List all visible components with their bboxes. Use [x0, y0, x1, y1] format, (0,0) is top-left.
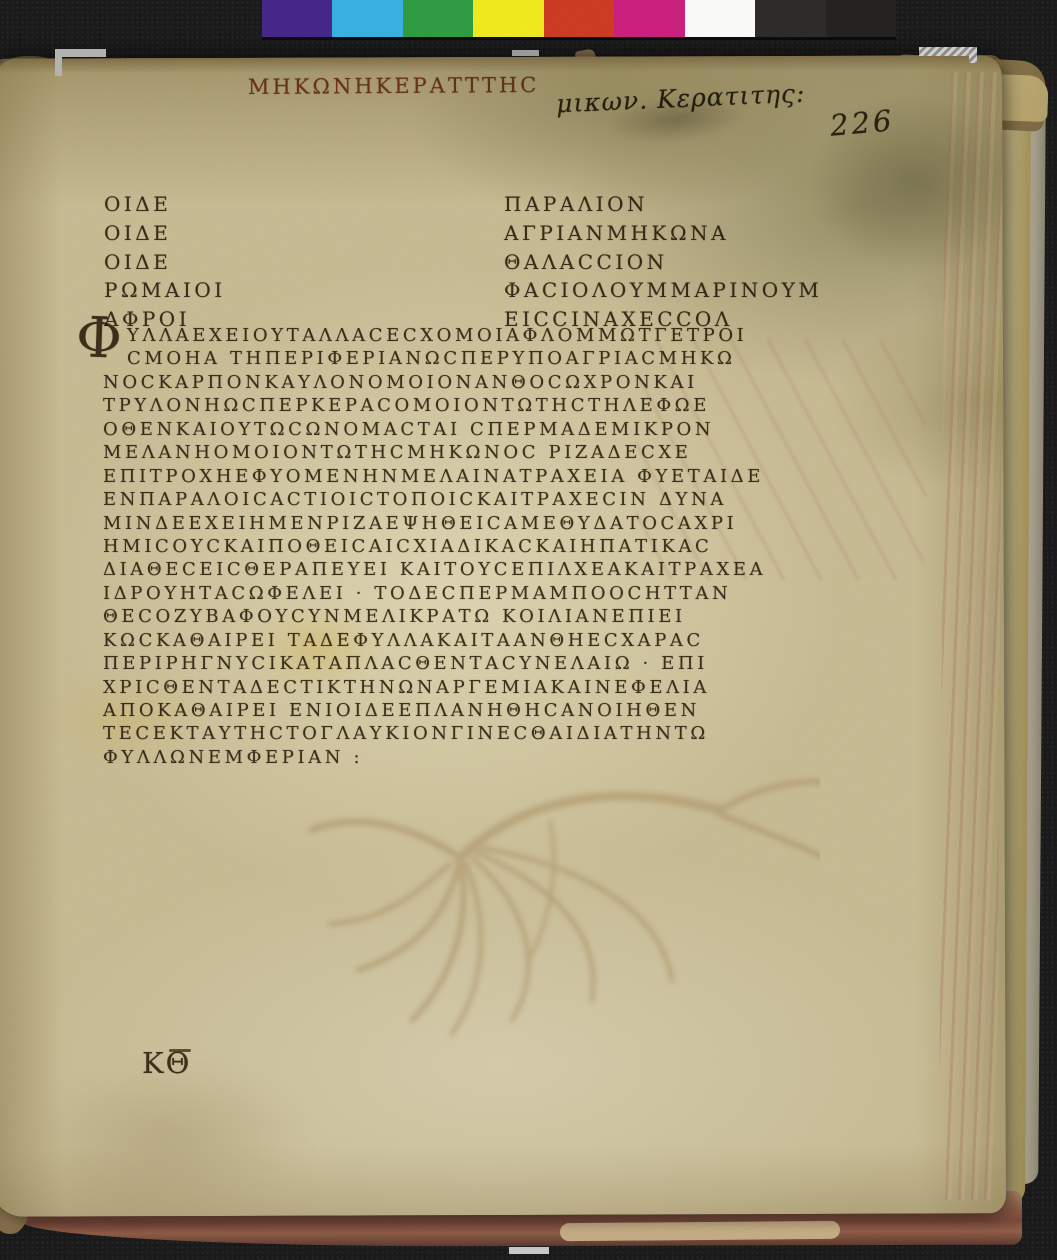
color-patch-dark-gray [755, 0, 825, 37]
text-line: ΑΠΟΚΑΘΑΙΡΕΙ ΕΝΙΟΙΔΕΕΠΛΑΝΗΘΗCΑΝΟΙΗΘΕΝ [103, 699, 766, 722]
text-line: ΟΘΕΝΚΑΙΟΥΤΩCΩΝΟΜΑCΤΑΙ CΠΕΡΜΑΔΕΜΙΚΡΟΝ [103, 418, 766, 441]
registration-dash-top [512, 50, 539, 56]
registration-bracket-left [55, 49, 106, 57]
registration-bracket-right [969, 47, 977, 63]
text-line: ΙΔΡΟΥΗΤΑCΩΦΕΛΕΙ · ΤΟΔΕCΠΕΡΜΑΜΠΟΟCΗΤΤΑΝ [103, 582, 766, 605]
synonym-row: ΟΙΔΕ [104, 190, 226, 219]
text-line: ΔΙΑΘΕCΕΙCΘΕΡΑΠΕΥΕΙ ΚΑΙΤΟΥCΕΠΙΛΧΕΑΚΑΙΤΡΑΧ… [103, 558, 766, 581]
text-line: ΤΡΥΛΟΝΗΩCΠΕΡΚΕΡΑCΟΜΟΙΟΝΤΩΤΗCΤΗΛΕΦΩΕ [103, 394, 766, 417]
color-patch-green [403, 0, 473, 37]
text-line: ΥΛΛΑΕΧΕΙΟΥΤΑΛΛΑCΕCΧΟΜΟΙΑΦΛΟΜΜΩΤΓΕΤΡΟΙ [103, 324, 766, 347]
color-patch-near-black [826, 0, 896, 37]
text-line: ΦΥΛΛΩΝΕΜΦΕΡΙΑΝ : [103, 746, 766, 769]
quire-mark-overline [169, 1049, 191, 1052]
synonym-row: ΡΩΜΑΙΟΙ [104, 276, 226, 305]
synonym-row: ΟΙΔΕ [104, 219, 226, 248]
synonym-row: ΘΑΛΑCCΙΟΝ [504, 248, 822, 277]
synonym-row: ΟΙΔΕ [104, 248, 226, 277]
root-showthrough-illustration [300, 738, 820, 1048]
text-line: ΝΟCΚΑΡΠΟΝΚΑΥΛΟΝΟΜΟΙΟΝΑΝΘΟCΩΧΡΟΝΚΑΙ [103, 371, 766, 394]
color-patch-violet [262, 0, 332, 37]
main-text-block: ΥΛΛΑΕΧΕΙΟΥΤΑΛΛΑCΕCΧΟΜΟΙΑΦΛΟΜΜΩΤΓΕΤΡΟΙ CΜ… [103, 324, 766, 769]
page-fore-edge-streaks [939, 72, 1003, 1200]
color-patch-white [685, 0, 755, 37]
text-line: ΤΕCΕΚΤΑΥΤΗCΤΟΓΛΑΥΚΙΟΝΓΙΝΕCΘΑΙΔΙΑΤΗΝΤΩ [103, 722, 766, 745]
text-line: ΧΡΙCΘΕΝΤΑΔΕCΤΙΚΤΗΝΩΝΑΡΓΕΜΙΑΚΑΙΝΕΦΕΛΙΑ [103, 676, 766, 699]
color-patch-yellow [473, 0, 543, 37]
registration-dash-bottom [509, 1247, 549, 1254]
text-line: ΘΕCΟΖΥΒΑΦΟΥCΥΝΜΕΛΙΚΡΑΤΩ ΚΟΙΛΙΑΝΕΠΙΕΙ [103, 605, 766, 628]
text-line: ΜΙΝΔΕΕΧΕΙΗΜΕΝΡΙΖΑΕΨΗΘΕΙCΑΜΕΘΥΔΑΤΟCΑΧΡΙ [103, 512, 766, 535]
text-line: ΗΜΙCΟΥCΚΑΙΠΟΘΕΙCΑΙCΧΙΑΔΙΚΑCΚΑΙΗΠΑΤΙΚΑC [103, 535, 766, 558]
text-line: ΕΠΙΤΡΟΧΗΕΦΥΟΜΕΝΗΝΜΕΛΑΙΝΑΤΡΑΧΕΙΑ ΦΥΕΤΑΙΔΕ [103, 465, 766, 488]
manuscript-photo: ΜΗΚΩΝΗΚΕΡΑΤΤΤΗC μικων. Κερατιτης: 226 ΟΙ… [0, 0, 1057, 1260]
text-line: ΕΝΠΑΡΑΛΟΙCΑCΤΙΟΙCΤΟΠΟΙCΚΑΙΤΡΑΧΕCΙΝ ΔΥΝΑ [103, 488, 766, 511]
synonym-row: ΑΓΡΙΑΝΜΗΚΩΝΑ [504, 219, 822, 248]
page-bottom-edge-highlight [560, 1221, 840, 1241]
synonym-list-right: ΠΑΡΑΛΙΟΝ ΑΓΡΙΑΝΜΗΚΩΝΑ ΘΑΛΑCCΙΟΝ ΦΑCΙΟΛΟΥ… [504, 190, 822, 334]
text-line: ΠΕΡΙΡΗΓΝΥCΙΚΑΤΑΠΛΑCΘΕΝΤΑCΥΝΕΛΑΙΩ · ΕΠΙ [103, 652, 766, 675]
color-calibration-bar [262, 0, 896, 37]
color-patch-red [544, 0, 614, 37]
text-line: CΜΟΗΑ ΤΗΠΕΡΙΦΕΡΙΑΝΩCΠΕΡΥΠΟΑΓΡΙΑCΜΗΚΩ [103, 347, 766, 370]
color-patch-magenta [614, 0, 684, 37]
synonym-row: ΠΑΡΑΛΙΟΝ [504, 190, 822, 219]
color-patch-cyan [332, 0, 402, 37]
chapter-title-red: ΜΗΚΩΝΗΚΕΡΑΤΤΤΗC [248, 73, 539, 99]
synonym-row: ΦΑCΙΟΛΟΥΜΜΑΡΙΝΟΥΜ [504, 276, 822, 305]
text-line: ΜΕΛΑΝΗΟΜΟΙΟΝΤΩΤΗCΜΗΚΩΝΟC ΡΙΖΑΔΕCΧΕ [103, 441, 766, 464]
text-line: ΚΩCΚΑΘΑΙΡΕΙ ΤΑΔΕΦΥΛΛΑΚΑΙΤΑΑΝΘΗΕCΧΑΡΑC [103, 629, 766, 652]
folio-number: 226 [829, 103, 896, 142]
registration-bracket-left [55, 49, 62, 76]
